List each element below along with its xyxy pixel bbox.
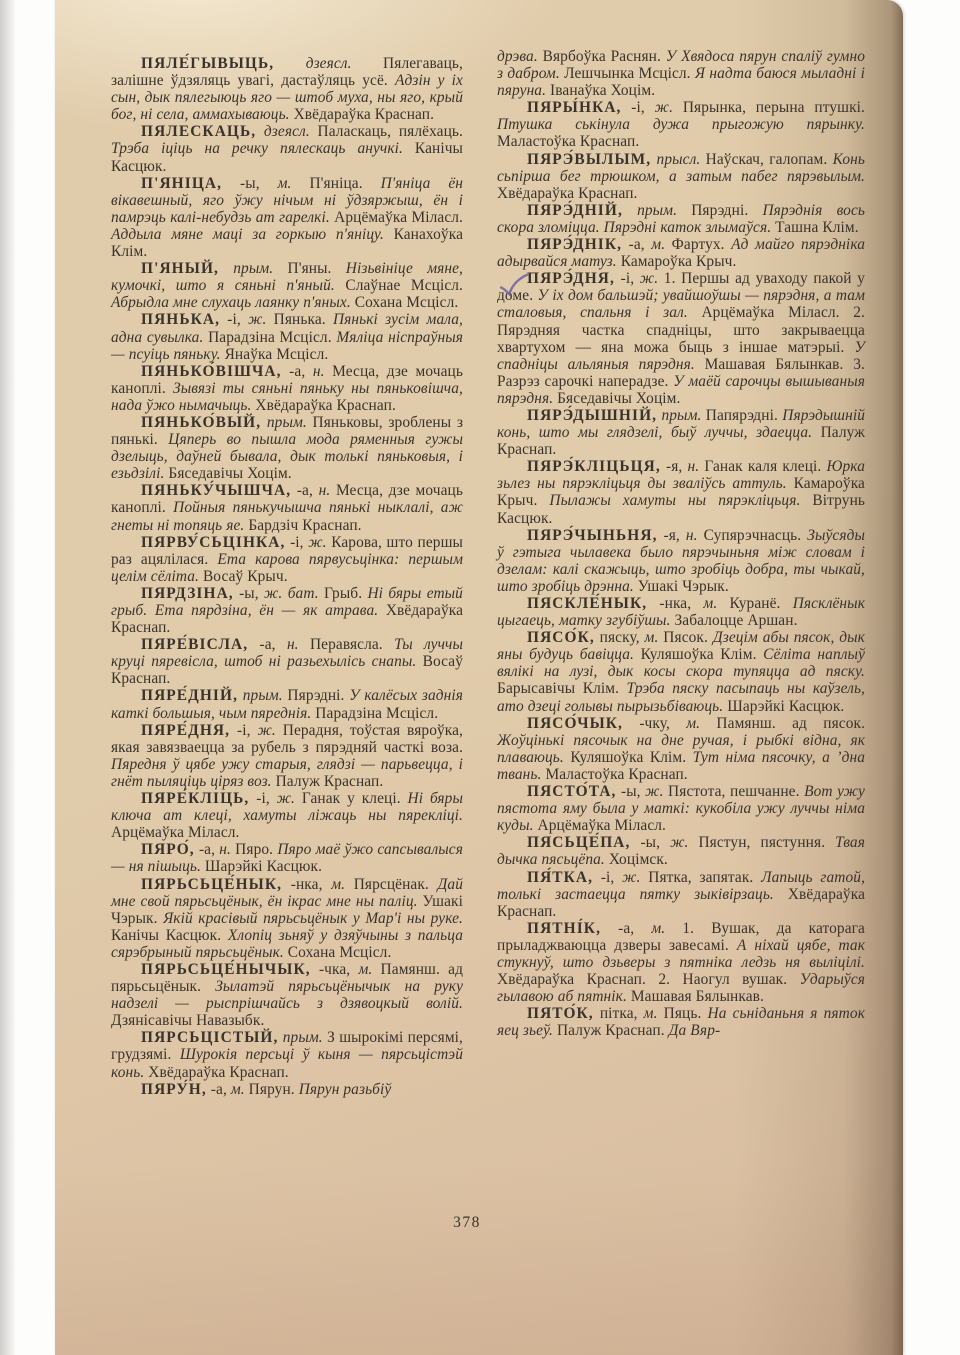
entry-roman-text: Маластоўка Краснап. bbox=[497, 133, 639, 150]
entry-roman-text: Ушакі Чэрык. bbox=[638, 578, 729, 595]
entry-headword: ПЯРЭ́КЛІЦЬЦЯ, bbox=[527, 458, 661, 475]
dictionary-entry: ПЯ́ТКА, -і, ж. Пятка, запятак. Лапыць га… bbox=[497, 869, 865, 920]
checkmark-stroke bbox=[500, 275, 530, 296]
entry-headword: П'ЯНІЦА, bbox=[141, 175, 222, 192]
entry-italic-text: прым. bbox=[243, 687, 283, 704]
entry-roman-text: -а, bbox=[199, 841, 215, 858]
entry-roman-text: П'яны. bbox=[287, 260, 331, 277]
dictionary-entry: П'ЯНІЦА, -ы, м. П'яніца. П'яніца ён віка… bbox=[111, 175, 463, 260]
dictionary-entry: ПЯРЬСЬЦЕ́НЫЧЫК, -чка, м. Памянш. ад пярь… bbox=[111, 961, 463, 1029]
entry-roman-text: Фартух. bbox=[672, 236, 725, 253]
entry-roman-text: -ы, bbox=[621, 783, 641, 800]
dictionary-entry: ПЯСО́К, пяску, м. Пясок. Дзецім абы пясо… bbox=[497, 629, 865, 714]
entry-italic-text: Да Вяр- bbox=[669, 1022, 721, 1039]
entry-italic-text: ж. bbox=[670, 834, 688, 851]
entry-roman-text: -а, bbox=[211, 1081, 227, 1098]
entry-headword: ПЯНЬКО́ВЫЙ, bbox=[141, 414, 261, 431]
entry-italic-text: м. bbox=[645, 629, 659, 646]
entry-roman-text: Хвёдараўка Краснап. bbox=[148, 1064, 289, 1081]
entry-roman-text: -я, bbox=[666, 458, 682, 475]
entry-roman-text: Пярынка, перына птушкі. bbox=[683, 99, 865, 116]
entry-roman-text: -чка, bbox=[319, 961, 350, 978]
dictionary-entry: ПЯРЕ́ДНІЙ, прым. Пярэдні. У калёсых задн… bbox=[111, 687, 463, 721]
entry-roman-text: -а, bbox=[297, 482, 313, 499]
dictionary-entry: ПЯРЕ́ВІСЛА, -а, н. Перавясла. Ты луччы к… bbox=[111, 636, 463, 687]
dictionary-entry: ПЯРЭ́ВЫЛЫМ, прысл. Наўскач, галопам. Кон… bbox=[497, 151, 865, 202]
entry-headword: ПЯРЬСЬЦЕ́НЫЧЫК, bbox=[141, 961, 311, 978]
entry-italic-text: Пылажы хамуты ны пярэкліцьця. bbox=[549, 492, 800, 509]
entry-italic-text: ж. bbox=[645, 783, 663, 800]
entry-roman-text: -ы, bbox=[640, 834, 660, 851]
entry-italic-text: м. bbox=[651, 236, 665, 253]
entry-roman-text: Пяць. bbox=[664, 1005, 702, 1022]
entry-roman-text: Наўскач, галопам. bbox=[706, 151, 828, 168]
entry-italic-text: н. bbox=[219, 841, 231, 858]
entry-headword: ПЯРСЬЦІСТЫЙ, bbox=[141, 1029, 278, 1046]
entry-italic-text: Абрыдла мне слухаць лаянку п'яных. bbox=[111, 294, 351, 311]
entry-roman-text: -і, bbox=[290, 534, 304, 551]
entry-headword: ПЯСКЛЕ́НЫК, bbox=[527, 595, 647, 612]
entry-roman-text: Камароўка Крыч. bbox=[621, 253, 737, 270]
entry-italic-text: ж. bbox=[257, 722, 275, 739]
entry-roman-text: Парадзіна Мсцісл. bbox=[208, 329, 332, 346]
entry-roman-text: Ганак каля клеці. bbox=[704, 458, 821, 475]
dictionary-entry: ПЯРЕ́КЛІЦЬ, -і, ж. Ганак у клеці. Ні бяр… bbox=[111, 790, 463, 841]
entry-headword: ПЯСЬЦЕ́ПА, bbox=[527, 834, 630, 851]
entry-italic-text: Аддыла мяне маці за горкыю п'яніцу. bbox=[111, 226, 384, 243]
entry-roman-text: Палуж Краснап. bbox=[557, 1022, 665, 1039]
entry-italic-text: Пярун разьбіў bbox=[299, 1081, 392, 1098]
entry-roman-text: Пярсцёнак. bbox=[354, 876, 429, 893]
entry-headword: ПЯНЬКО́ВІШЧА, bbox=[141, 363, 282, 380]
entry-italic-text: н. bbox=[688, 458, 700, 475]
entry-roman-text: Пярэдні. bbox=[287, 687, 344, 704]
entry-italic-text: прым. bbox=[637, 202, 677, 219]
entry-roman-text: Восаў Крыч. bbox=[203, 568, 288, 585]
entry-italic-text: ж. bbox=[655, 99, 673, 116]
entry-roman-text: Грыб. bbox=[324, 585, 362, 602]
entry-roman-text: -і, bbox=[227, 311, 241, 328]
entry-roman-text: Хвёдараўка Краснап. bbox=[497, 185, 638, 202]
entry-roman-text: Шарэйкі Касцюк. bbox=[205, 858, 322, 875]
entry-italic-text: н. bbox=[319, 482, 331, 499]
entry-roman-text: Куранё. bbox=[730, 595, 781, 612]
entry-roman-text: Пяро. bbox=[235, 841, 273, 858]
entry-headword: П'ЯНЫЙ, bbox=[141, 260, 219, 277]
entry-roman-text: -і, bbox=[237, 722, 251, 739]
entry-roman-text: -ы, bbox=[239, 585, 259, 602]
dictionary-entry: ПЯРЫ́НКА, -і, ж. Пярынка, перына птушкі.… bbox=[497, 99, 865, 150]
entry-roman-text: -ы, bbox=[240, 175, 260, 192]
entry-roman-text: Забалоцце Аршан. bbox=[674, 612, 797, 629]
dictionary-entry: ПЯРО́, -а, н. Пяро. Пяро маё ўжо сапсыва… bbox=[111, 841, 463, 875]
entry-roman-text: Пярэдні. bbox=[691, 202, 748, 219]
entry-roman-text: Палуж Краснап. bbox=[276, 773, 384, 790]
entry-italic-text: м. bbox=[358, 961, 372, 978]
entry-roman-text: -нка, bbox=[659, 595, 691, 612]
entry-italic-text: прым. bbox=[661, 407, 701, 424]
scanner-edge-shadow bbox=[0, 0, 16, 1355]
entry-italic-text: прым. bbox=[233, 260, 273, 277]
entry-italic-text: м. bbox=[686, 715, 700, 732]
dictionary-entry: ПЯРЭ́ДЫШНІЙ, прым. Папярэдні. Пярэдышній… bbox=[497, 407, 865, 458]
entry-roman-text: -і, bbox=[601, 869, 615, 886]
entry-roman-text: Супярэчнасць. bbox=[704, 527, 802, 544]
entry-headword: ПЯРЭ́ДЫШНІЙ, bbox=[527, 407, 657, 424]
entry-italic-text: ж. бат. bbox=[264, 585, 319, 602]
entry-italic-text: м. bbox=[703, 595, 717, 612]
page-number: 378 bbox=[55, 1214, 879, 1232]
entry-roman-text: пітка, bbox=[600, 1005, 638, 1022]
entry-italic-text: н. bbox=[287, 636, 299, 653]
entry-headword: ПЯРЭ́ДНІК, bbox=[527, 236, 622, 253]
entry-roman-text: -а, bbox=[629, 236, 645, 253]
entry-roman-text: -а, bbox=[618, 920, 634, 937]
entry-italic-text: дзеясл. bbox=[264, 123, 310, 140]
entry-italic-text: ж. bbox=[622, 869, 640, 886]
entry-roman-text: Барысавічы Клім. bbox=[497, 680, 619, 697]
entry-italic-text: ж. bbox=[248, 311, 266, 328]
entry-italic-text: м. bbox=[278, 175, 292, 192]
entry-headword: ПЯРЭ́ДНЯ, bbox=[527, 270, 615, 287]
dictionary-entry: ПЯРЭ́ДНІЙ, прым. Пярэдні. Пярэднія вось … bbox=[497, 202, 865, 236]
entry-roman-text: Паласкаць, пялёхаць. bbox=[318, 123, 463, 140]
dictionary-entry: ПЯНЬКО́ВІШЧА, -а, н. Месца, дзе мочаць к… bbox=[111, 363, 463, 414]
entry-italic-text: Трэба іціць на речку пялескаць анучкі. bbox=[111, 140, 403, 157]
entry-roman-text: Папярэдні. bbox=[706, 407, 778, 424]
entry-italic-text: ж. bbox=[308, 534, 326, 551]
entry-italic-text: прым. bbox=[283, 1029, 323, 1046]
column-right: дрэва. Вярбоўка Раснян. У Хвядоса пярун … bbox=[497, 48, 865, 1039]
entry-headword: ПЯНЬКУ́ЧЫШЧА, bbox=[141, 482, 291, 499]
dictionary-entry: ПЯНЬКУ́ЧЫШЧА, -а, н. Месца, дзе мочаць к… bbox=[111, 482, 463, 533]
entry-roman-text: Пястота, пешчанне. bbox=[668, 783, 800, 800]
dictionary-entry: ПЯСКЛЕ́НЫК, -нка, м. Куранё. Пясклёнык ц… bbox=[497, 595, 865, 629]
dictionary-entry: ПЯСЬЦЕ́ПА, -ы, ж. Пястун, пястуння. Твая… bbox=[497, 834, 865, 868]
entry-roman-text: -а, bbox=[260, 636, 276, 653]
entry-roman-text: Сохана Мсцісл. bbox=[355, 294, 459, 311]
entry-roman-text: Арцёмаўка Міласл. bbox=[111, 824, 240, 841]
entry-roman-text: пяску, bbox=[600, 629, 640, 646]
entry-italic-text: ж. bbox=[277, 790, 295, 807]
entry-roman-text: Ганак у клеці. bbox=[302, 790, 401, 807]
dictionary-entry: ПЯНЬКО́ВЫЙ, прым. Пяньковы, зроблены з п… bbox=[111, 414, 463, 482]
entry-headword: ПЯСО́ЧЫК, bbox=[527, 715, 623, 732]
column-left: ПЯЛЕ́ГЫВЫЦЬ, дзеясл. Пялегаваць, залішне… bbox=[111, 55, 463, 1098]
entry-roman-text: Вярбоўка Раснян. bbox=[543, 48, 661, 65]
entry-roman-text: Пярун. bbox=[249, 1081, 295, 1098]
dictionary-entry: ПЯРДЗІНА, -ы, ж. бат. Грыб. Ні бяры етый… bbox=[111, 585, 463, 636]
entry-roman-text: -і, bbox=[631, 99, 645, 116]
entry-roman-text: Куляшоўка Клім. bbox=[570, 749, 686, 766]
entry-roman-text: Пястун, пястуння. bbox=[698, 834, 825, 851]
entry-roman-text: Хоцімск. bbox=[609, 851, 668, 868]
dictionary-entry: П'ЯНЫЙ, прым. П'яны. Нізьвініце мяне, ку… bbox=[111, 260, 463, 311]
entry-headword: ПЯСТО́ТА, bbox=[527, 783, 617, 800]
entry-headword: ПЯЛЕ́ГЫВЫЦЬ, bbox=[141, 55, 274, 72]
dictionary-entry: ПЯРЭ́ЧЫНЬНЯ, -я, н. Супярэчнасць. Зыўсяд… bbox=[497, 527, 865, 595]
entry-italic-text: дрэва. bbox=[497, 48, 538, 65]
entry-headword: ПЯЛЕСКАЦЬ, bbox=[141, 123, 256, 140]
entry-roman-text: Маластоўка Краснап. bbox=[545, 766, 687, 783]
entry-roman-text: Янаўка Мсцісл. bbox=[225, 346, 329, 363]
entry-roman-text: Хвёдараўка Краснап. bbox=[255, 397, 396, 414]
entry-roman-text: Хвёдараўка Краснап. 2. Наогул вушак. bbox=[497, 971, 787, 988]
entry-headword: ПЯРВУ́СЬЦІНКА, bbox=[141, 534, 285, 551]
dictionary-entry: ПЯРЭ́ДНІК, -а, м. Фартух. Ад майго пярэд… bbox=[497, 236, 865, 270]
entry-roman-text: -я, bbox=[664, 527, 680, 544]
dictionary-entry: ПЯСО́ЧЫК, -чку, м. Памянш. ад пясок. Жоў… bbox=[497, 715, 865, 783]
entry-italic-text: прысл. bbox=[657, 151, 701, 168]
entry-italic-text: прым. bbox=[267, 414, 307, 431]
dictionary-entry: ПЯРЕ́ДНЯ, -і, ж. Перадня, тоўстая вяроўк… bbox=[111, 722, 463, 790]
entry-roman-text: Ташна Клім. bbox=[775, 219, 859, 236]
entry-headword: ПЯРЕ́КЛІЦЬ, bbox=[141, 790, 249, 807]
entry-italic-text: дзеясл. bbox=[306, 55, 352, 72]
entry-italic-text: м. bbox=[331, 876, 345, 893]
entry-headword: ПЯРДЗІНА, bbox=[141, 585, 234, 602]
dictionary-entry: ПЯРУ́Н, -а, м. Пярун. Пярун разьбіў bbox=[111, 1081, 463, 1098]
dictionary-entry: ПЯРСЬЦІСТЫЙ, прым. З шырокімі персямі, г… bbox=[111, 1029, 463, 1080]
entry-roman-text: -а, bbox=[289, 363, 305, 380]
entry-headword: ПЯРЭ́ЧЫНЬНЯ, bbox=[527, 527, 658, 544]
entry-roman-text: Хвёдараўка Краснап. bbox=[294, 106, 435, 123]
entry-headword: ПЯРЕ́ДНЯ, bbox=[141, 722, 230, 739]
entry-roman-text: Перавясла. bbox=[310, 636, 383, 653]
dictionary-entry: дрэва. Вярбоўка Раснян. У Хвядоса пярун … bbox=[497, 48, 865, 99]
entry-roman-text: Пятка, запятак. bbox=[648, 869, 753, 886]
entry-italic-text: н. bbox=[686, 527, 698, 544]
dictionary-entry: ПЯЛЕ́ГЫВЫЦЬ, дзеясл. Пялегаваць, залішне… bbox=[111, 55, 463, 123]
entry-roman-text: Шарэйкі Касцюк. bbox=[727, 698, 844, 715]
entry-italic-text: ж. bbox=[640, 270, 658, 287]
dictionary-entry: ПЯТНІ́К, -а, м. 1. Вушак, да каторага пр… bbox=[497, 920, 865, 1005]
dictionary-entry: ПЯТО́К, пітка, м. Пяць. На сьніданьня я … bbox=[497, 1005, 865, 1039]
entry-headword: ПЯ́ТКА, bbox=[527, 869, 593, 886]
entry-roman-text: Бардзіч Краснап. bbox=[248, 517, 361, 534]
dictionary-entry: ПЯЛЕСКАЦЬ, дзеясл. Паласкаць, пялёхаць. … bbox=[111, 123, 463, 174]
entry-roman-text: П'яніца. bbox=[309, 175, 362, 192]
entry-roman-text: Памянш. ад пясок. bbox=[716, 715, 865, 732]
entry-italic-text: Птушка ськінула дужа прыгожую пярынку. bbox=[497, 116, 865, 133]
entry-roman-text: Пясок. bbox=[663, 629, 708, 646]
dictionary-entry: ПЯРЭ́КЛІЦЬЦЯ, -я, н. Ганак каля клеці. Ю… bbox=[497, 458, 865, 526]
entry-headword: ПЯРЕ́ВІСЛА, bbox=[141, 636, 248, 653]
entry-italic-text: н. bbox=[313, 363, 325, 380]
entry-roman-text: Лешчынка Мсцісл. bbox=[564, 65, 691, 82]
dictionary-entry: ПЯРВУ́СЬЦІНКА, -і, ж. Карова, што першы … bbox=[111, 534, 463, 585]
entry-roman-text: Парадзіна Мсцісл. bbox=[315, 705, 438, 722]
entry-roman-text: -нка, bbox=[291, 876, 323, 893]
dictionary-entry: ПЯНЬКА, -і, ж. Пянька. Пянькі зусім мала… bbox=[111, 311, 463, 362]
entry-roman-text: Канічы Касцюк. bbox=[111, 927, 221, 944]
entry-headword: ПЯРУ́Н, bbox=[141, 1081, 207, 1098]
entry-italic-text: м. bbox=[651, 920, 665, 937]
book-page: ПЯЛЕ́ГЫВЫЦЬ, дзеясл. Пялегаваць, залішне… bbox=[55, 0, 903, 1355]
entry-headword: ПЯНЬКА, bbox=[141, 311, 220, 328]
entry-italic-text: Якій красівый пярьсьцёнык у Мар'і ны рук… bbox=[163, 910, 463, 927]
entry-headword: ПЯТНІ́К, bbox=[527, 920, 601, 937]
entry-roman-text: Куляшоўка Клім. bbox=[641, 646, 757, 663]
entry-italic-text: м. bbox=[644, 1005, 658, 1022]
entry-roman-text: Слаўнае Мсцісл. bbox=[345, 277, 463, 294]
entry-roman-text: Сохана Мсцісл. bbox=[288, 944, 392, 961]
entry-headword: ПЯРЕ́ДНІЙ, bbox=[141, 687, 238, 704]
dictionary-entry: ПЯРЭ́ДНЯ, -і, ж. 1. Першы ад уваходу пак… bbox=[497, 270, 865, 407]
entry-roman-text: Пянька. bbox=[274, 311, 326, 328]
dictionary-entry: ПЯРЬСЬЦЕ́НЫК, -нка, м. Пярсцёнак. Дай мн… bbox=[111, 876, 463, 961]
entry-roman-text: Дзянісавічы Навазыбк. bbox=[111, 1012, 264, 1029]
entry-headword: ПЯРЬСЬЦЕ́НЫК, bbox=[141, 876, 282, 893]
entry-headword: ПЯРЭ́ВЫЛЫМ, bbox=[527, 151, 651, 168]
entry-headword: ПЯРЫ́НКА, bbox=[527, 99, 622, 116]
entry-roman-text: -і, bbox=[621, 270, 635, 287]
entry-headword: ПЯТО́К, bbox=[527, 1005, 594, 1022]
entry-roman-text: Іванаўка Хоцім. bbox=[550, 82, 655, 99]
entry-roman-text: Бяседавічы Хоцім. bbox=[168, 465, 291, 482]
entry-headword: ПЯСО́К, bbox=[527, 629, 595, 646]
entry-roman-text: Бяседавічы Хоцім. bbox=[557, 390, 680, 407]
entry-roman-text: -і, bbox=[256, 790, 270, 807]
dictionary-entry: ПЯСТО́ТА, -ы, ж. Пястота, пешчанне. Вот … bbox=[497, 783, 865, 834]
entry-headword: ПЯРО́, bbox=[141, 841, 195, 858]
entry-roman-text: Арцёмаўка Міласл. bbox=[538, 817, 667, 834]
entry-roman-text: Арцёмаўка Міласл. bbox=[334, 209, 463, 226]
entry-headword: ПЯРЭ́ДНІЙ, bbox=[527, 202, 623, 219]
entry-roman-text: Машавая Бялынкав. bbox=[631, 988, 764, 1005]
entry-roman-text: -чку, bbox=[639, 715, 670, 732]
entry-italic-text: м. bbox=[231, 1081, 245, 1098]
